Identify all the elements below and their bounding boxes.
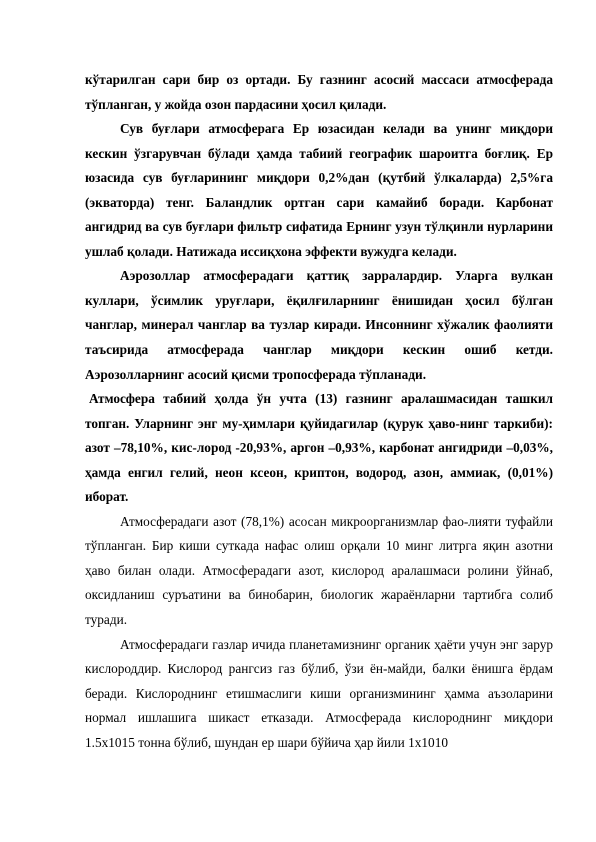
- paragraph-atmosphere-composition: Атмосфера табиий ҳолда ўн учта (13) газн…: [85, 387, 553, 510]
- paragraph-aerosols: Аэрозоллар атмосферадаги қаттиқ зарралар…: [85, 264, 553, 387]
- paragraph-water-vapor: Сув буғлари атмосферага Ер юзасидан кела…: [85, 117, 553, 264]
- paragraph-oxygen: Атмосферадаги газлар ичида планетамизнин…: [85, 633, 553, 756]
- paragraph-nitrogen: Атмосферадаги азот (78,1%) асосан микроо…: [85, 510, 553, 633]
- paragraph-ozone-layer: кўтарилган сари бир оз ортади. Бу газнин…: [85, 68, 553, 117]
- document-page: кўтарилган сари бир оз ортади. Бу газнин…: [85, 68, 553, 755]
